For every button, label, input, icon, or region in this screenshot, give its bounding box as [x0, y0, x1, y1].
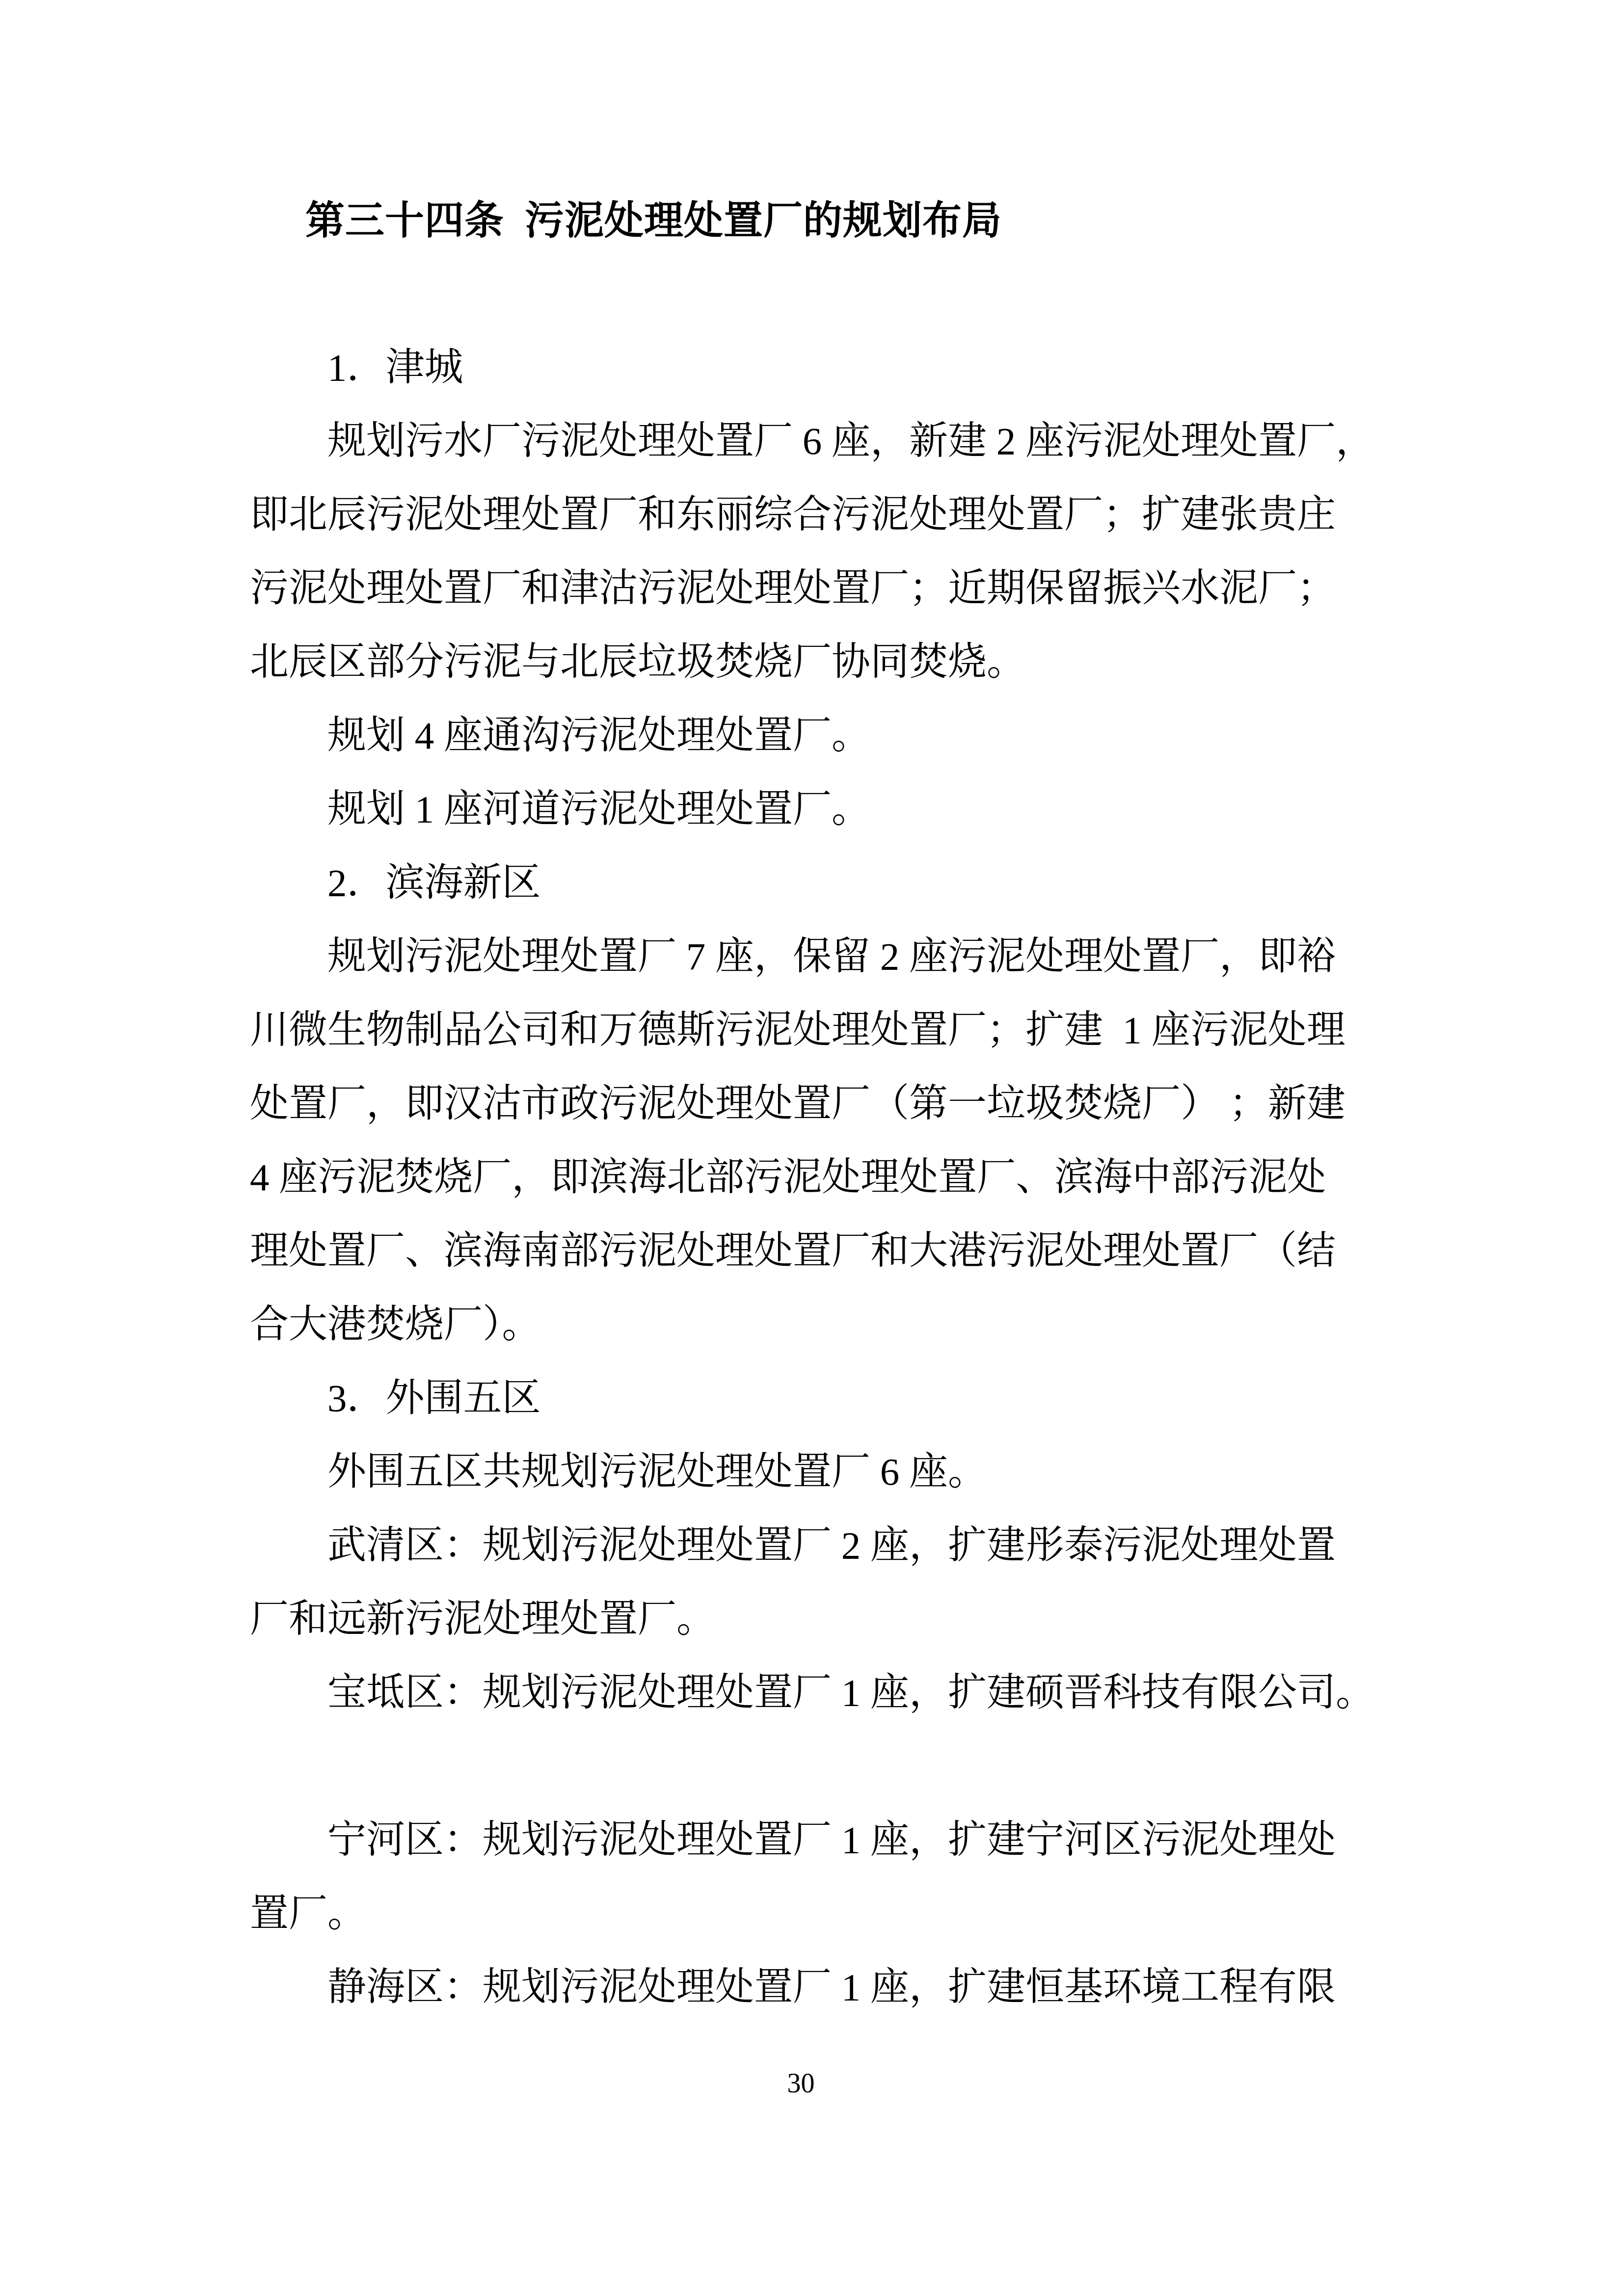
text-line: 武清区：规划污泥处理处置厂 2 座，扩建彤泰污泥处理处置: [250, 1509, 1352, 1583]
text-line: 理处置厂、滨海南部污泥处理处置厂和大港污泥处理处置厂（结: [250, 1215, 1352, 1288]
text-line: 川微生物制品公司和万德斯污泥处理处置厂；扩建 1 座污泥处理: [250, 994, 1352, 1068]
text-line: 静海区：规划污泥处理处置厂 1 座，扩建恒基环境工程有限: [250, 1951, 1352, 2025]
text-line: 即北辰污泥处理处置厂和东丽综合污泥处理处置厂；扩建张贵庄: [250, 479, 1352, 552]
document-page: 第三十四条 污泥处理处置厂的规划布局 1．津城规划污水厂污泥处理处置厂 6 座，…: [0, 0, 1616, 2296]
text-line: 宁河区：规划污泥处理处置厂 1 座，扩建宁河区污泥处理处: [250, 1804, 1352, 1877]
text-line: 规划污泥处理处置厂 7 座，保留 2 座污泥处理处置厂，即裕: [250, 920, 1352, 994]
text-line: 外围五区共规划污泥处理处置厂 6 座。: [250, 1436, 1352, 1509]
text-line: [250, 1730, 1352, 1804]
text-line: 宝坻区：规划污泥处理处置厂 1 座，扩建硕晋科技有限公司。: [250, 1656, 1352, 1730]
text-line: 合大港焚烧厂）。: [250, 1288, 1352, 1362]
section-heading: 第三十四条 污泥处理处置厂的规划布局: [305, 184, 1002, 258]
text-line: 处置厂，即汉沽市政污泥处理处置厂（第一垃圾焚烧厂） ；新建: [250, 1068, 1352, 1141]
text-line: 规划 4 座通沟污泥处理处置厂。: [250, 699, 1352, 773]
document-body: 1．津城规划污水厂污泥处理处置厂 6 座，新建 2 座污泥处理处置厂，即北辰污泥…: [250, 331, 1352, 2025]
text-line: 3．外围五区: [250, 1362, 1352, 1436]
text-line: 规划 1 座河道污泥处理处置厂。: [250, 773, 1352, 847]
text-line: 置厂。: [250, 1877, 1352, 1951]
text-line: 污泥处理处置厂和津沽污泥处理处置厂；近期保留振兴水泥厂；: [250, 552, 1352, 626]
text-line: 北辰区部分污泥与北辰垃圾焚烧厂协同焚烧。: [250, 626, 1352, 699]
page-number: 30: [250, 2047, 1352, 2120]
text-line: 2．滨海新区: [250, 847, 1352, 920]
text-line: 1．津城: [250, 331, 1352, 405]
text-line: 规划污水厂污泥处理处置厂 6 座，新建 2 座污泥处理处置厂，: [250, 405, 1352, 479]
text-line: 厂和远新污泥处理处置厂。: [250, 1583, 1352, 1656]
text-line: 4 座污泥焚烧厂，即滨海北部污泥处理处置厂、滨海中部污泥处: [250, 1141, 1352, 1215]
